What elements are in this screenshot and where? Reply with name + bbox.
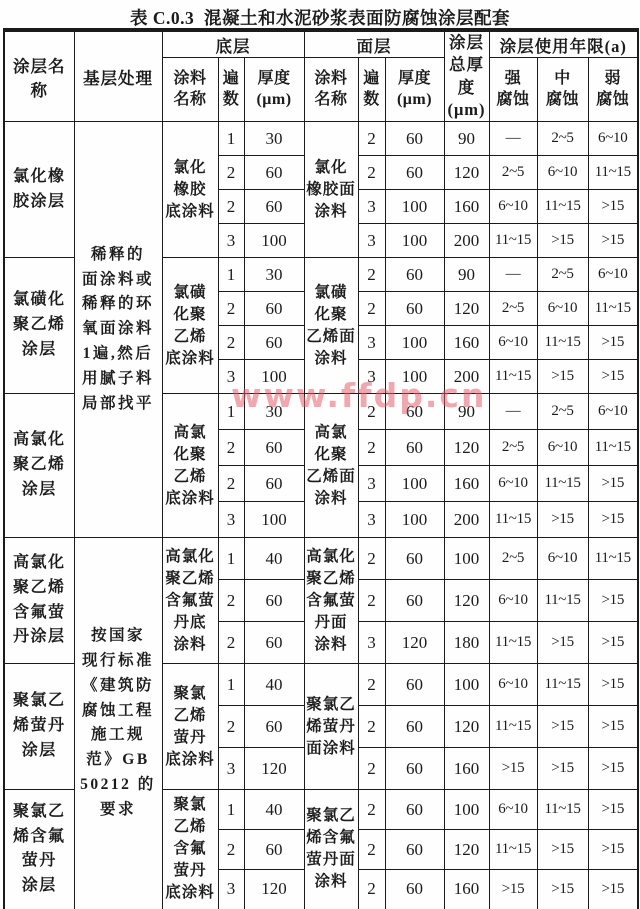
top-thickness-cell: 100 xyxy=(385,502,444,538)
bottom-passes-cell: 3 xyxy=(218,502,244,538)
header-row-1: 涂层名称 基层处理 底层 面层 涂层 总厚度 (μm) 涂层使用年限(a) xyxy=(4,30,638,58)
weak-life-cell: 6~10 xyxy=(588,122,638,156)
top-material-cell: 聚氯乙 烯萤丹 面涂料 xyxy=(304,664,358,790)
bottom-passes-cell: 3 xyxy=(218,360,244,394)
top-thickness-cell: 60 xyxy=(385,538,444,580)
medium-life-cell: >15 xyxy=(537,706,588,748)
top-thickness-cell: 60 xyxy=(385,580,444,622)
bottom-passes-cell: 1 xyxy=(218,394,244,430)
strong-life-cell: — xyxy=(489,122,537,156)
weak-life-cell: >15 xyxy=(588,502,638,538)
bottom-thickness-cell: 60 xyxy=(244,706,304,748)
total-thickness-cell: 120 xyxy=(444,292,489,326)
top-passes-cell: 2 xyxy=(358,122,385,156)
header-top-layer: 面层 xyxy=(304,30,444,58)
weak-life-cell: 11~15 xyxy=(588,430,638,466)
bottom-thickness-cell: 60 xyxy=(244,830,304,870)
bottom-thickness-cell: 40 xyxy=(244,790,304,830)
medium-life-cell: >15 xyxy=(537,622,588,664)
bottom-thickness-cell: 40 xyxy=(244,538,304,580)
strong-life-cell: 11~15 xyxy=(489,224,537,258)
total-thickness-cell: 120 xyxy=(444,580,489,622)
bottom-passes-cell: 2 xyxy=(218,190,244,224)
bottom-thickness-cell: 30 xyxy=(244,122,304,156)
weak-life-cell: >15 xyxy=(588,748,638,790)
strong-life-cell: 11~15 xyxy=(489,830,537,870)
bottom-passes-cell: 2 xyxy=(218,466,244,502)
top-passes-cell: 2 xyxy=(358,870,385,909)
table-title: 表 C.0.3 混凝土和水泥砂浆表面防腐蚀涂层配套 xyxy=(0,0,640,27)
total-thickness-cell: 120 xyxy=(444,830,489,870)
top-material-cell: 聚氯乙 烯含氟 萤丹面 涂料 xyxy=(304,790,358,909)
top-thickness-cell: 120 xyxy=(385,622,444,664)
top-passes-cell: 2 xyxy=(358,580,385,622)
top-thickness-cell: 60 xyxy=(385,122,444,156)
header-top-thickness: 厚度 (μm) xyxy=(385,58,444,122)
weak-life-cell: >15 xyxy=(588,830,638,870)
bottom-passes-cell: 2 xyxy=(218,326,244,360)
top-thickness-cell: 60 xyxy=(385,706,444,748)
top-thickness-cell: 60 xyxy=(385,292,444,326)
bottom-passes-cell: 2 xyxy=(218,430,244,466)
strong-life-cell: >15 xyxy=(489,870,537,909)
strong-life-cell: 11~15 xyxy=(489,360,537,394)
header-service-life: 涂层使用年限(a) xyxy=(489,30,638,58)
bottom-passes-cell: 1 xyxy=(218,538,244,580)
top-thickness-cell: 100 xyxy=(385,190,444,224)
bottom-passes-cell: 2 xyxy=(218,706,244,748)
header-top-material-name: 涂料 名称 xyxy=(304,58,358,122)
bottom-material-cell: 氯化 橡胶 底涂料 xyxy=(162,122,218,258)
total-thickness-cell: 180 xyxy=(444,622,489,664)
base-treatment-cell: 稀释的 面涂料或 稀释的环 氧面涂料 1遍,然后 用腻子料 局部找平 xyxy=(74,122,162,538)
top-passes-cell: 2 xyxy=(358,748,385,790)
strong-life-cell: 11~15 xyxy=(489,622,537,664)
weak-life-cell: >15 xyxy=(588,790,638,830)
coating-name-cell: 高氯化 聚乙烯 涂层 xyxy=(4,394,74,538)
medium-life-cell: >15 xyxy=(537,870,588,909)
top-passes-cell: 2 xyxy=(358,538,385,580)
medium-life-cell: >15 xyxy=(537,502,588,538)
medium-life-cell: 6~10 xyxy=(537,292,588,326)
bottom-passes-cell: 3 xyxy=(218,224,244,258)
top-passes-cell: 2 xyxy=(358,790,385,830)
weak-life-cell: >15 xyxy=(588,664,638,706)
total-thickness-cell: 90 xyxy=(444,394,489,430)
total-thickness-cell: 160 xyxy=(444,466,489,502)
bottom-thickness-cell: 60 xyxy=(244,430,304,466)
top-passes-cell: 2 xyxy=(358,830,385,870)
document-page: 表 C.0.3 混凝土和水泥砂浆表面防腐蚀涂层配套 涂层名称 基层处理 底层 面… xyxy=(0,0,640,909)
medium-life-cell: 11~15 xyxy=(537,790,588,830)
top-passes-cell: 2 xyxy=(358,258,385,292)
bottom-thickness-cell: 30 xyxy=(244,394,304,430)
top-passes-cell: 2 xyxy=(358,706,385,748)
top-passes-cell: 2 xyxy=(358,394,385,430)
top-passes-cell: 2 xyxy=(358,156,385,190)
bottom-thickness-cell: 100 xyxy=(244,224,304,258)
bottom-material-cell: 聚氯 乙烯 含氟 萤丹 底涂料 xyxy=(162,790,218,909)
bottom-passes-cell: 2 xyxy=(218,830,244,870)
bottom-thickness-cell: 100 xyxy=(244,502,304,538)
bottom-material-cell: 高氯 化聚 乙烯 底涂料 xyxy=(162,394,218,538)
bottom-passes-cell: 2 xyxy=(218,156,244,190)
bottom-thickness-cell: 120 xyxy=(244,748,304,790)
bottom-passes-cell: 1 xyxy=(218,790,244,830)
header-bottom-layer: 底层 xyxy=(162,30,304,58)
header-bottom-material-name: 涂料 名称 xyxy=(162,58,218,122)
bottom-thickness-cell: 40 xyxy=(244,664,304,706)
bottom-thickness-cell: 120 xyxy=(244,870,304,909)
header-top-passes: 遍 数 xyxy=(358,58,385,122)
bottom-passes-cell: 1 xyxy=(218,664,244,706)
top-thickness-cell: 60 xyxy=(385,830,444,870)
weak-life-cell: >15 xyxy=(588,326,638,360)
bottom-passes-cell: 2 xyxy=(218,580,244,622)
bottom-passes-cell: 3 xyxy=(218,748,244,790)
top-material-cell: 高氯化 聚乙烯 含氟萤 丹面 涂料 xyxy=(304,538,358,664)
coating-name-cell: 高氯化 聚乙烯 含氟萤 丹涂层 xyxy=(4,538,74,664)
total-thickness-cell: 100 xyxy=(444,664,489,706)
top-thickness-cell: 60 xyxy=(385,748,444,790)
bottom-thickness-cell: 60 xyxy=(244,326,304,360)
top-thickness-cell: 60 xyxy=(385,258,444,292)
total-thickness-cell: 200 xyxy=(444,502,489,538)
top-thickness-cell: 60 xyxy=(385,790,444,830)
total-thickness-cell: 200 xyxy=(444,360,489,394)
top-thickness-cell: 60 xyxy=(385,870,444,909)
top-passes-cell: 2 xyxy=(358,664,385,706)
weak-life-cell: >15 xyxy=(588,580,638,622)
top-passes-cell: 3 xyxy=(358,224,385,258)
weak-life-cell: 6~10 xyxy=(588,258,638,292)
bottom-passes-cell: 3 xyxy=(218,870,244,909)
top-passes-cell: 3 xyxy=(358,466,385,502)
strong-life-cell: 6~10 xyxy=(489,190,537,224)
top-thickness-cell: 60 xyxy=(385,156,444,190)
total-thickness-cell: 120 xyxy=(444,706,489,748)
header-medium-corrosion: 中 腐蚀 xyxy=(537,58,588,122)
top-passes-cell: 3 xyxy=(358,326,385,360)
weak-life-cell: >15 xyxy=(588,224,638,258)
top-thickness-cell: 60 xyxy=(385,664,444,706)
coating-name-cell: 聚氯乙 烯含氟 萤丹 涂层 xyxy=(4,790,74,909)
medium-life-cell: 6~10 xyxy=(537,156,588,190)
top-material-cell: 氯化 橡胶面 涂料 xyxy=(304,122,358,258)
bottom-thickness-cell: 60 xyxy=(244,190,304,224)
bottom-thickness-cell: 60 xyxy=(244,622,304,664)
top-material-cell: 高氯 化聚 乙烯面 涂料 xyxy=(304,394,358,538)
header-weak-corrosion: 弱 腐蚀 xyxy=(588,58,638,122)
table-row: 氯化橡 胶涂层稀释的 面涂料或 稀释的环 氧面涂料 1遍,然后 用腻子料 局部找… xyxy=(4,122,638,156)
total-thickness-cell: 100 xyxy=(444,790,489,830)
top-passes-cell: 3 xyxy=(358,360,385,394)
bottom-passes-cell: 2 xyxy=(218,292,244,326)
weak-life-cell: 11~15 xyxy=(588,156,638,190)
top-passes-cell: 3 xyxy=(358,622,385,664)
medium-life-cell: >15 xyxy=(537,748,588,790)
medium-life-cell: 2~5 xyxy=(537,394,588,430)
top-passes-cell: 3 xyxy=(358,502,385,538)
top-passes-cell: 2 xyxy=(358,292,385,326)
bottom-thickness-cell: 60 xyxy=(244,466,304,502)
bottom-thickness-cell: 60 xyxy=(244,292,304,326)
header-bottom-passes: 遍 数 xyxy=(218,58,244,122)
total-thickness-cell: 100 xyxy=(444,538,489,580)
top-thickness-cell: 100 xyxy=(385,326,444,360)
coating-name-cell: 氯化橡 胶涂层 xyxy=(4,122,74,258)
strong-life-cell: — xyxy=(489,258,537,292)
medium-life-cell: 2~5 xyxy=(537,258,588,292)
strong-life-cell: 6~10 xyxy=(489,326,537,360)
strong-life-cell: 2~5 xyxy=(489,292,537,326)
medium-life-cell: >15 xyxy=(537,224,588,258)
bottom-thickness-cell: 60 xyxy=(244,156,304,190)
medium-life-cell: 11~15 xyxy=(537,190,588,224)
header-coating-name: 涂层名称 xyxy=(4,30,74,122)
top-material-cell: 氯磺 化聚 乙烯面 涂料 xyxy=(304,258,358,394)
header-base-treatment: 基层处理 xyxy=(74,30,162,122)
strong-life-cell: >15 xyxy=(489,748,537,790)
bottom-passes-cell: 1 xyxy=(218,122,244,156)
medium-life-cell: 11~15 xyxy=(537,326,588,360)
top-passes-cell: 2 xyxy=(358,430,385,466)
table-body: 氯化橡 胶涂层稀释的 面涂料或 稀释的环 氧面涂料 1遍,然后 用腻子料 局部找… xyxy=(4,122,638,909)
bottom-material-cell: 高氯化 聚乙烯 含氟萤 丹底 涂料 xyxy=(162,538,218,664)
top-thickness-cell: 60 xyxy=(385,394,444,430)
bottom-thickness-cell: 30 xyxy=(244,258,304,292)
coating-name-cell: 聚氯乙 烯萤丹 涂层 xyxy=(4,664,74,790)
medium-life-cell: 11~15 xyxy=(537,466,588,502)
medium-life-cell: 6~10 xyxy=(537,538,588,580)
weak-life-cell: 11~15 xyxy=(588,538,638,580)
top-thickness-cell: 100 xyxy=(385,360,444,394)
top-passes-cell: 3 xyxy=(358,190,385,224)
bottom-material-cell: 聚氯 乙烯 萤丹 底涂料 xyxy=(162,664,218,790)
strong-life-cell: 11~15 xyxy=(489,502,537,538)
table-row: 高氯化 聚乙烯 含氟萤 丹涂层按国家 现行标准 《建筑防 腐蚀工程 施工规 范》… xyxy=(4,538,638,580)
medium-life-cell: 6~10 xyxy=(537,430,588,466)
weak-life-cell: 6~10 xyxy=(588,394,638,430)
weak-life-cell: 11~15 xyxy=(588,292,638,326)
medium-life-cell: 11~15 xyxy=(537,580,588,622)
top-thickness-cell: 100 xyxy=(385,224,444,258)
strong-life-cell: — xyxy=(489,394,537,430)
base-treatment-cell: 按国家 现行标准 《建筑防 腐蚀工程 施工规 范》GB 50212 的 要求 xyxy=(74,538,162,909)
weak-life-cell: >15 xyxy=(588,190,638,224)
medium-life-cell: 2~5 xyxy=(537,122,588,156)
total-thickness-cell: 120 xyxy=(444,156,489,190)
top-thickness-cell: 60 xyxy=(385,430,444,466)
medium-life-cell: 11~15 xyxy=(537,664,588,706)
strong-life-cell: 6~10 xyxy=(489,664,537,706)
bottom-passes-cell: 1 xyxy=(218,258,244,292)
bottom-material-cell: 氯磺 化聚 乙烯 底涂料 xyxy=(162,258,218,394)
strong-life-cell: 11~15 xyxy=(489,706,537,748)
bottom-passes-cell: 2 xyxy=(218,622,244,664)
weak-life-cell: >15 xyxy=(588,870,638,909)
strong-life-cell: 2~5 xyxy=(489,430,537,466)
strong-life-cell: 2~5 xyxy=(489,156,537,190)
total-thickness-cell: 160 xyxy=(444,870,489,909)
strong-life-cell: 6~10 xyxy=(489,790,537,830)
total-thickness-cell: 90 xyxy=(444,122,489,156)
header-strong-corrosion: 强 腐蚀 xyxy=(489,58,537,122)
coating-table: 涂层名称 基层处理 底层 面层 涂层 总厚度 (μm) 涂层使用年限(a) 涂料… xyxy=(3,28,639,909)
medium-life-cell: >15 xyxy=(537,830,588,870)
total-thickness-cell: 200 xyxy=(444,224,489,258)
top-thickness-cell: 100 xyxy=(385,466,444,502)
coating-name-cell: 氯磺化 聚乙烯 涂层 xyxy=(4,258,74,394)
weak-life-cell: >15 xyxy=(588,360,638,394)
total-thickness-cell: 90 xyxy=(444,258,489,292)
total-thickness-cell: 160 xyxy=(444,326,489,360)
header-bottom-thickness: 厚度 (μm) xyxy=(244,58,304,122)
header-total-thickness: 涂层 总厚度 (μm) xyxy=(444,30,489,122)
total-thickness-cell: 160 xyxy=(444,190,489,224)
bottom-thickness-cell: 100 xyxy=(244,360,304,394)
strong-life-cell: 6~10 xyxy=(489,580,537,622)
weak-life-cell: >15 xyxy=(588,466,638,502)
table-header: 涂层名称 基层处理 底层 面层 涂层 总厚度 (μm) 涂层使用年限(a) 涂料… xyxy=(4,30,638,122)
weak-life-cell: >15 xyxy=(588,706,638,748)
total-thickness-cell: 120 xyxy=(444,430,489,466)
weak-life-cell: >15 xyxy=(588,622,638,664)
total-thickness-cell: 160 xyxy=(444,748,489,790)
bottom-thickness-cell: 60 xyxy=(244,580,304,622)
medium-life-cell: >15 xyxy=(537,360,588,394)
strong-life-cell: 6~10 xyxy=(489,466,537,502)
strong-life-cell: 2~5 xyxy=(489,538,537,580)
